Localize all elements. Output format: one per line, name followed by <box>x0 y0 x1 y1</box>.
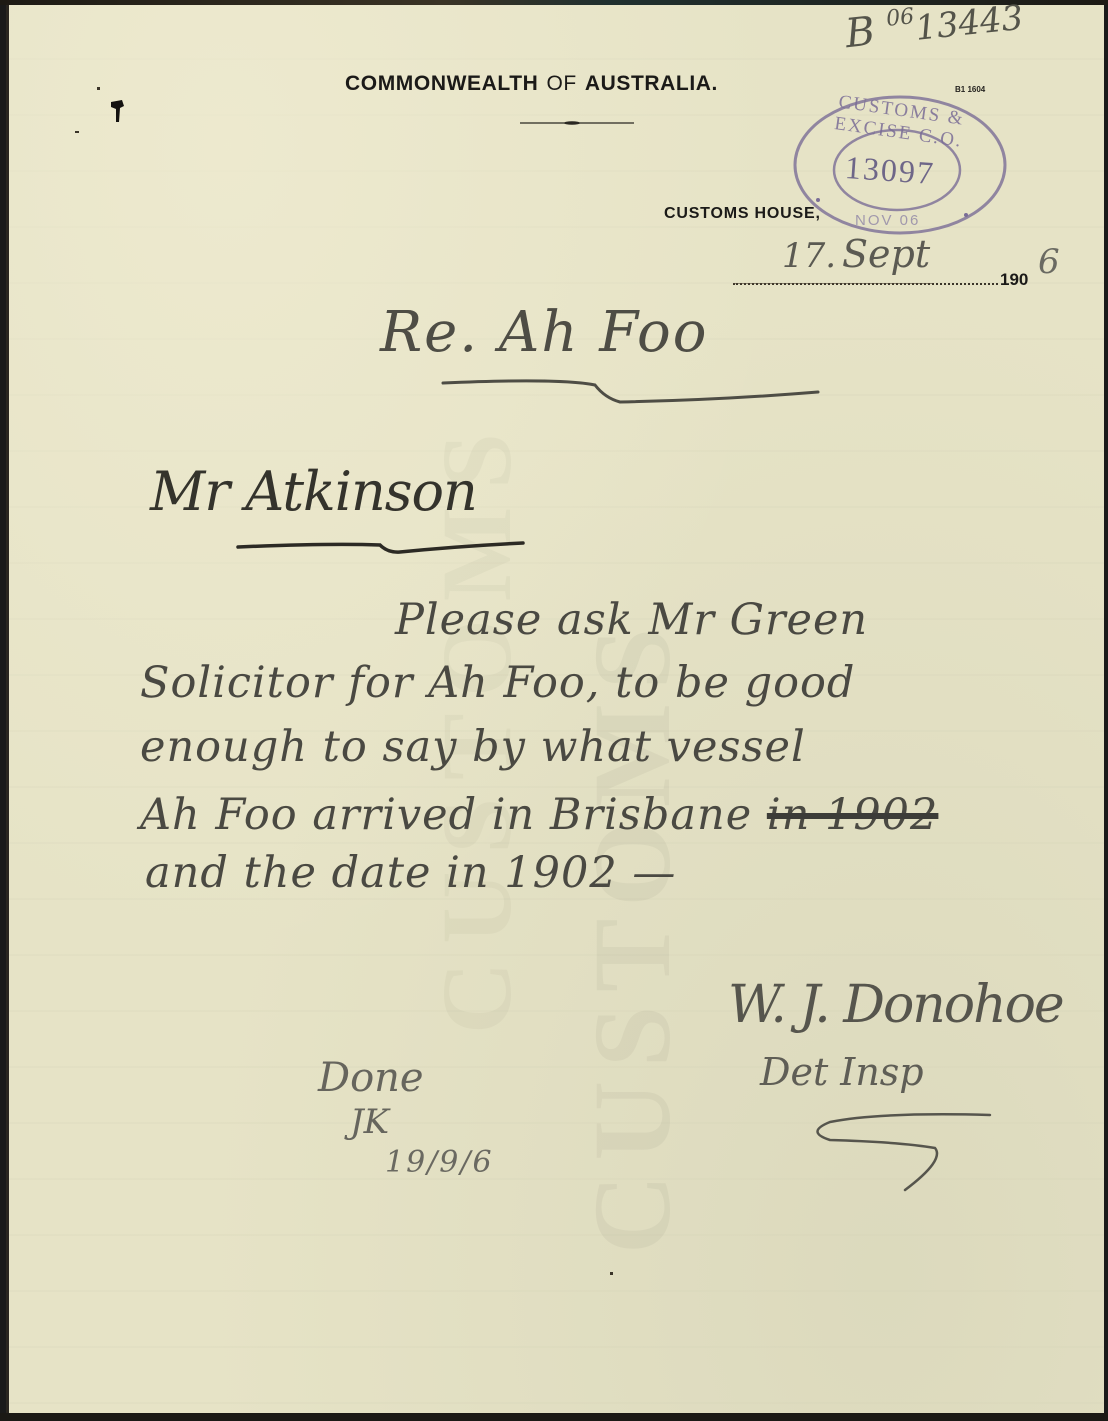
annotation-initials: JK <box>350 1102 389 1142</box>
ink-blot-mark <box>110 100 126 124</box>
speck <box>97 87 100 90</box>
speck <box>75 131 79 133</box>
annotation-date: 19/9/6 <box>385 1145 494 1180</box>
speck <box>610 1272 613 1275</box>
signature-flourish <box>0 0 1108 1421</box>
annotation-status: Done <box>318 1055 424 1101</box>
